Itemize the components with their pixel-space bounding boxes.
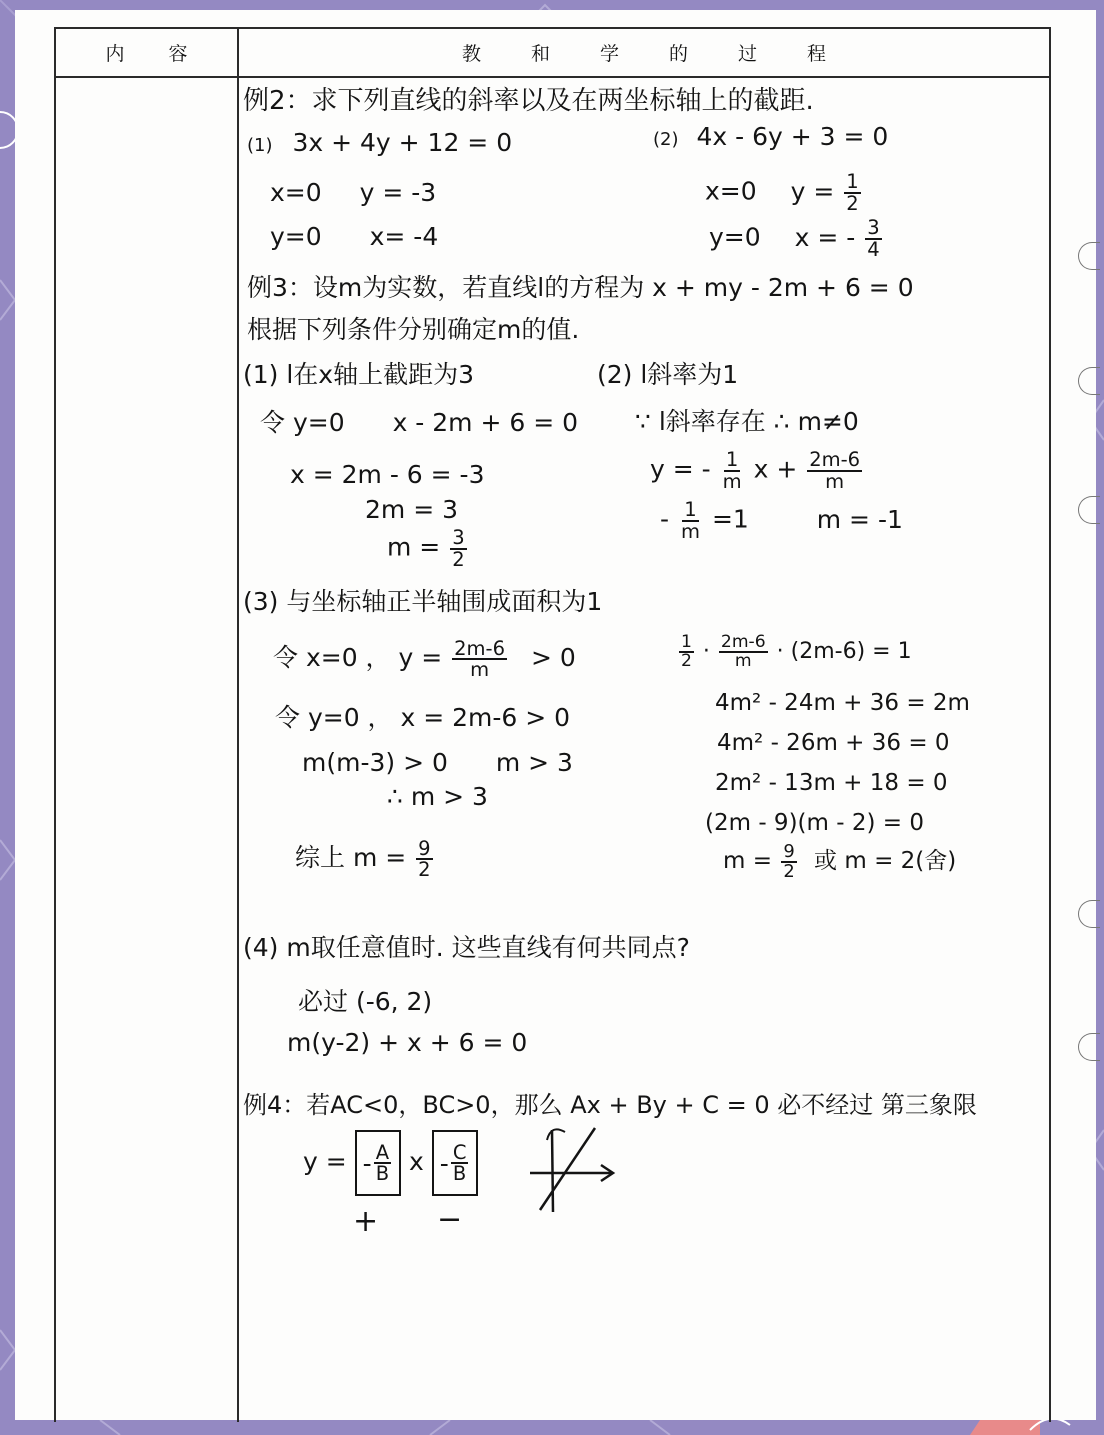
fraction: 2m-6m bbox=[807, 450, 862, 491]
binder-ring-icon bbox=[1078, 367, 1100, 395]
example2-part1-line1: x=0 y = -3 bbox=[270, 178, 436, 207]
example3-part1-step4: m = 32 bbox=[387, 528, 469, 569]
step: y=0 bbox=[270, 222, 322, 251]
step: x=0 bbox=[270, 178, 322, 207]
example3-part3-label: (3) 与坐标轴正半轴围成面积为1 bbox=[243, 582, 602, 618]
slope-box: - AB bbox=[355, 1130, 401, 1196]
example4-title: 例4：若AC<0，BC>0，那么 Ax + By + C = 0 必不经过 第三… bbox=[243, 1085, 977, 1120]
step: 或 m = 2(舍) bbox=[814, 848, 956, 874]
example3-part1-step3: 2m = 3 bbox=[365, 495, 458, 524]
example3-part2-step1: ∵ l斜率存在 ∴ m≠0 bbox=[635, 402, 859, 438]
fraction: 2m-6m bbox=[452, 639, 507, 680]
example3-part4-step1: 必过 (-6, 2) bbox=[298, 982, 432, 1018]
step: - bbox=[660, 505, 669, 534]
coordinate-sketch-icon bbox=[525, 1120, 620, 1220]
example3-part1-step1: 令 y=0 x - 2m + 6 = 0 bbox=[260, 403, 578, 439]
part-label: (2) bbox=[653, 129, 679, 150]
example3-part3-right1: 12 · 2m-6m · (2m-6) = 1 bbox=[677, 634, 912, 670]
example3-part2-label: (2) l斜率为1 bbox=[597, 355, 738, 391]
example2-title: 例2：求下列直线的斜率以及在两坐标轴上的截距. bbox=[243, 80, 814, 117]
fraction: 34 bbox=[865, 218, 881, 259]
lesson-plan-page: 内容 教和学的过程 例2：求下列直线的斜率以及在两坐标轴上的截距. (1) 3x… bbox=[15, 10, 1096, 1420]
step: · bbox=[703, 639, 710, 664]
example3-part1-label: (1) l在x轴上截距为3 bbox=[243, 355, 474, 391]
step: m = bbox=[387, 533, 440, 562]
example2-part2: (2) 4x - 6y + 3 = 0 bbox=[653, 122, 888, 151]
example2-part2-line1: x=0 y = 12 bbox=[705, 172, 863, 213]
step: 令 y=0 bbox=[260, 408, 345, 437]
fraction: CB bbox=[451, 1143, 469, 1184]
step: y = bbox=[303, 1147, 347, 1176]
step: · (2m-6) = 1 bbox=[777, 639, 912, 664]
example3-part2-step3: - 1m =1 m = -1 bbox=[660, 500, 903, 541]
step: y = -3 bbox=[360, 178, 437, 207]
example3-part3-left4: ∴ m > 3 bbox=[387, 782, 488, 811]
equation: 4x - 6y + 3 = 0 bbox=[696, 122, 888, 151]
equation: 3x + 4y + 12 = 0 bbox=[292, 128, 512, 157]
example3-part3-left1: 令 x=0 ， y = 2m-6m > 0 bbox=[273, 638, 576, 680]
column-divider bbox=[237, 78, 239, 1422]
example2-part1-line2: y=0 x= -4 bbox=[270, 222, 438, 251]
binder-ring-icon bbox=[1078, 242, 1100, 270]
example3-part3-right3: 4m² - 26m + 36 = 0 bbox=[717, 730, 950, 756]
fraction: 1m bbox=[679, 500, 702, 541]
step: m = -1 bbox=[817, 505, 903, 534]
step: x - 2m + 6 = 0 bbox=[393, 408, 578, 437]
example3-part3-conclusion: 综上 m = 92 bbox=[295, 838, 435, 880]
header-content-column: 内容 bbox=[56, 29, 239, 76]
example3-part3-right4: 2m² - 13m + 18 = 0 bbox=[715, 770, 948, 796]
table-header: 内容 教和学的过程 bbox=[56, 29, 1049, 78]
example3-part1-step2: x = 2m - 6 = -3 bbox=[290, 460, 484, 489]
intercept-sign: − bbox=[437, 1202, 462, 1237]
fraction: 92 bbox=[416, 839, 432, 880]
example3-part2-step2: y = - 1m x + 2m-6m bbox=[650, 450, 864, 491]
slope-sign: + bbox=[353, 1204, 378, 1239]
binder-ring-icon bbox=[1078, 900, 1100, 928]
example3-subtitle: 根据下列条件分别确定m的值. bbox=[247, 310, 579, 346]
step: m = bbox=[723, 848, 772, 874]
binder-ring-icon bbox=[1078, 496, 1100, 524]
example2-part2-line2: y=0 x = - 34 bbox=[709, 218, 884, 259]
fraction: 32 bbox=[450, 528, 466, 569]
step: y = - bbox=[650, 455, 711, 484]
example3-part3-right6: m = 92 或 m = 2(舍) bbox=[723, 842, 956, 880]
step: x=0 bbox=[705, 177, 757, 206]
example3-part4-step2: m(y-2) + x + 6 = 0 bbox=[287, 1028, 527, 1057]
step: > 0 bbox=[531, 643, 576, 672]
intercept-box: - CB bbox=[432, 1130, 479, 1196]
part-label: (1) bbox=[247, 135, 273, 156]
example2-part1: (1) 3x + 4y + 12 = 0 bbox=[247, 128, 512, 157]
fraction: 2m-6m bbox=[719, 634, 768, 670]
header-process-column: 教和学的过程 bbox=[239, 29, 1049, 76]
step: 令 x=0 ， y = bbox=[273, 643, 442, 672]
step: =1 bbox=[712, 505, 749, 534]
step: x= -4 bbox=[370, 222, 439, 251]
example3-part3-right2: 4m² - 24m + 36 = 2m bbox=[715, 690, 970, 716]
example4-slope-form: y = - AB x - CB bbox=[303, 1130, 478, 1196]
step: x + bbox=[754, 455, 798, 484]
fraction: 12 bbox=[844, 172, 860, 213]
fraction: 92 bbox=[781, 843, 796, 881]
step: m > 3 bbox=[496, 748, 573, 777]
step: x bbox=[409, 1147, 424, 1176]
binder-ring-icon bbox=[1078, 1033, 1100, 1061]
step: 综上 m = bbox=[295, 843, 406, 872]
example3-title: 例3：设m为实数，若直线l的方程为 x + my - 2m + 6 = 0 bbox=[247, 268, 914, 304]
step: x = - bbox=[795, 223, 856, 252]
step: y = bbox=[791, 177, 835, 206]
fraction: 1m bbox=[721, 450, 744, 491]
fraction: AB bbox=[374, 1143, 391, 1184]
step: m(m-3) > 0 bbox=[302, 748, 448, 777]
fraction: 12 bbox=[679, 634, 694, 670]
example3-part3-left2: 令 y=0 ， x = 2m-6 > 0 bbox=[275, 698, 570, 734]
step: y=0 bbox=[709, 223, 761, 252]
example3-part3-right5: (2m - 9)(m - 2) = 0 bbox=[705, 810, 924, 836]
example3-part3-left3: m(m-3) > 0 m > 3 bbox=[302, 748, 573, 777]
example3-part4-label: (4) m取任意值时. 这些直线有何共同点? bbox=[243, 928, 690, 964]
